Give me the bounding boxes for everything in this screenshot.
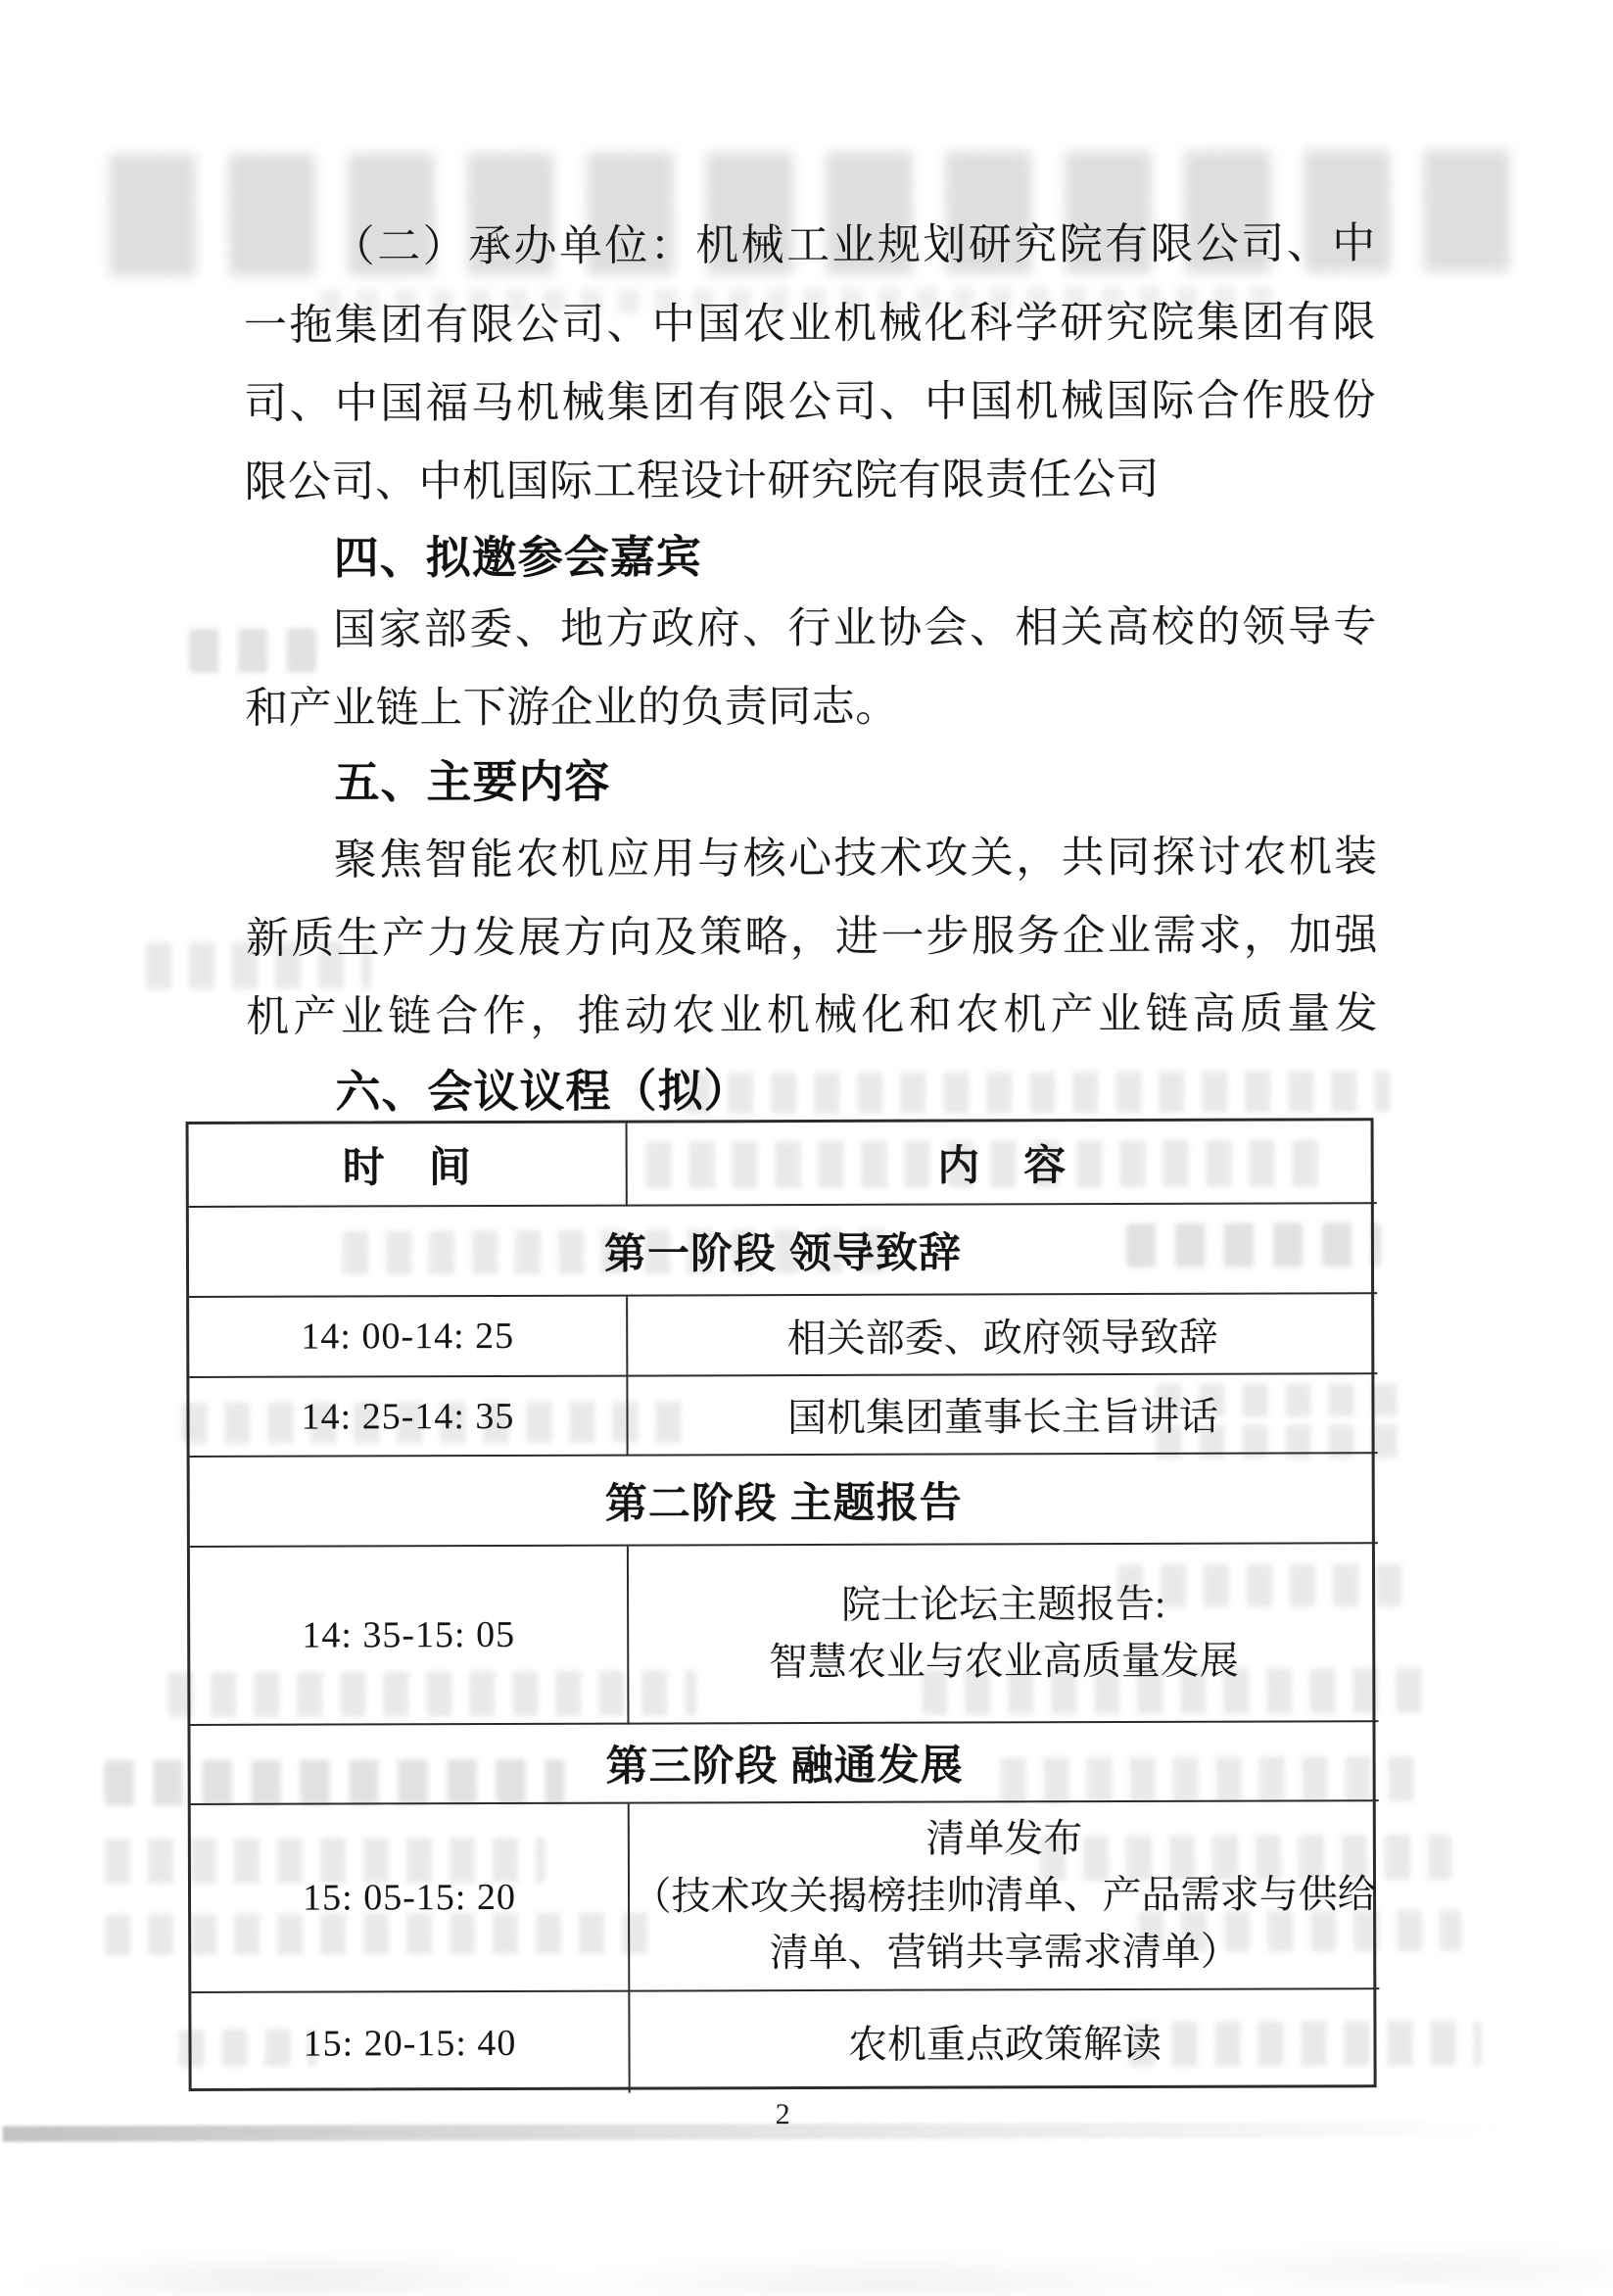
table-cell-line: （技术攻关揭榜挂帅清单、产品需求与供给 — [632, 1866, 1376, 1925]
table-cell-time: 14: 35-15: 05 — [190, 1547, 630, 1726]
paragraph-line: 新质生产力发展方向及策略，进一步服务企业需求，加强农 — [246, 896, 1378, 979]
page-number: 2 — [189, 2096, 1377, 2133]
paragraph-guests: 国家部委、地方政府、行业协会、相关高校的领导专家 和产业链上下游企业的负责同志。 — [245, 588, 1377, 748]
paragraph-line: 国家部委、地方政府、行业协会、相关高校的领导专家 — [245, 588, 1377, 670]
table-header-content: 内 容 — [628, 1121, 1377, 1206]
table-stage-row-2: 第二阶段 主题报告 — [190, 1454, 1378, 1548]
section-heading-main-content: 五、主要内容 — [334, 742, 610, 822]
paragraph-line: 机产业链合作，推动农业机械化和农机产业链高质量发展。 — [246, 975, 1378, 1057]
bleedthrough-artifact — [685, 1071, 1390, 1114]
table-cell-content: 国机集团董事长主旨讲话 — [628, 1374, 1377, 1456]
table-cell-time: 15: 05-15: 20 — [191, 1804, 631, 1993]
paragraph-organizers: （二）承办单位：机械工业规划研究院有限公司、中国 一拖集团有限公司、中国农业机械… — [244, 205, 1377, 522]
paragraph-line: 和产业链上下游企业的负责同志。 — [245, 666, 1377, 748]
table-cell-time: 14: 00-14: 25 — [189, 1297, 628, 1378]
table-cell-time: 15: 20-15: 40 — [191, 1992, 630, 2094]
table-cell-line: 清单、营销共享需求清单） — [770, 1924, 1240, 1983]
scan-content: （二）承办单位：机械工业规划研究院有限公司、中国 一拖集团有限公司、中国农业机械… — [0, 0, 1613, 2296]
table-cell-content: 院士论坛主题报告: 智慧农业与农业高质量发展 — [629, 1544, 1379, 1724]
table-cell-line: 智慧农业与农业高质量发展 — [769, 1633, 1239, 1692]
table-cell-content: 相关部委、政府领导致辞 — [628, 1294, 1377, 1376]
scanned-document-page: （二）承办单位：机械工业规划研究院有限公司、中国 一拖集团有限公司、中国农业机械… — [0, 0, 1613, 2296]
scan-shadow-artifact — [3, 2232, 1613, 2296]
section-heading-guests: 四、拟邀参会嘉宾 — [334, 517, 702, 597]
table-cell-content: 农机重点政策解读 — [630, 1989, 1379, 2092]
paragraph-line: 聚焦智能农机应用与核心技术攻关，共同探讨农机装备 — [246, 818, 1378, 900]
table-stage-row-1: 第一阶段 领导致辞 — [189, 1204, 1377, 1298]
table-cell-content: 清单发布 （技术攻关揭榜挂帅清单、产品需求与供给 清单、营销共享需求清单） — [630, 1801, 1380, 1991]
paragraph-line: 一拖集团有限公司、中国农业机械化科学研究院集团有限公 — [244, 283, 1376, 365]
section-heading-agenda: 六、会议议程（拟） — [335, 1051, 749, 1130]
paragraph-line: （二）承办单位：机械工业规划研究院有限公司、中国 — [244, 205, 1376, 287]
paragraph-line: 司、中国福马机械集团有限公司、中国机械国际合作股份有 — [244, 361, 1376, 444]
table-cell-line: 院士论坛主题报告: — [841, 1576, 1165, 1634]
agenda-table: 时 间 内 容 第一阶段 领导致辞 14: 00-14: 25 相关部委、政府领… — [186, 1118, 1377, 2091]
table-header-time: 时 间 — [189, 1124, 628, 1208]
table-stage-row-3: 第三阶段 融通发展 — [190, 1722, 1378, 1805]
paragraph-line: 限公司、中机国际工程设计研究院有限责任公司 — [244, 440, 1376, 522]
table-cell-time: 14: 25-14: 35 — [189, 1377, 628, 1458]
table-cell-line: 清单发布 — [925, 1810, 1082, 1868]
paragraph-main-content: 聚焦智能农机应用与核心技术攻关，共同探讨农机装备 新质生产力发展方向及策略，进一… — [246, 818, 1379, 1057]
